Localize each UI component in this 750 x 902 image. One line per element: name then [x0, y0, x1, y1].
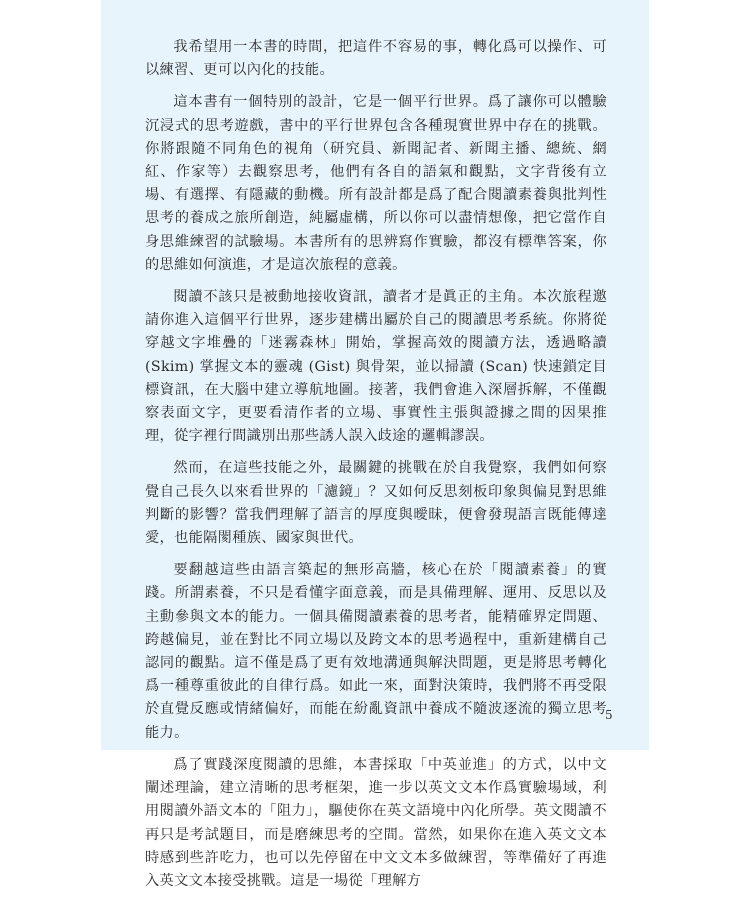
page-number: 5: [605, 708, 613, 722]
paragraph-1: 我希望用一本書的時間，把這件不容易的事，轉化爲可以操作、可以練習、更可以內化的技…: [145, 36, 607, 82]
paragraph-3: 閱讀不該只是被動地接收資訊，讀者才是眞正的主角。本次旅程邀請你進入這個平行世界，…: [145, 286, 607, 448]
paragraph-2: 這本書有一個特別的設計，它是一個平行世界。爲了讓你可以體驗沉浸式的思考遊戲，書中…: [145, 91, 607, 277]
book-page: 我希望用一本書的時間，把這件不容易的事，轉化爲可以操作、可以練習、更可以內化的技…: [101, 0, 649, 750]
paragraph-4: 然而，在這些技能之外，最關鍵的挑戰在於自我覺察，我們如何察覺自己長久以來看世界的…: [145, 457, 607, 550]
body-text: 我希望用一本書的時間，把這件不容易的事，轉化爲可以操作、可以練習、更可以內化的技…: [145, 36, 607, 750]
paragraph-5: 要翻越這些由語言築起的無形高牆，核心在於「閱讀素養」的實踐。所謂素養，不只是看懂…: [145, 559, 607, 745]
